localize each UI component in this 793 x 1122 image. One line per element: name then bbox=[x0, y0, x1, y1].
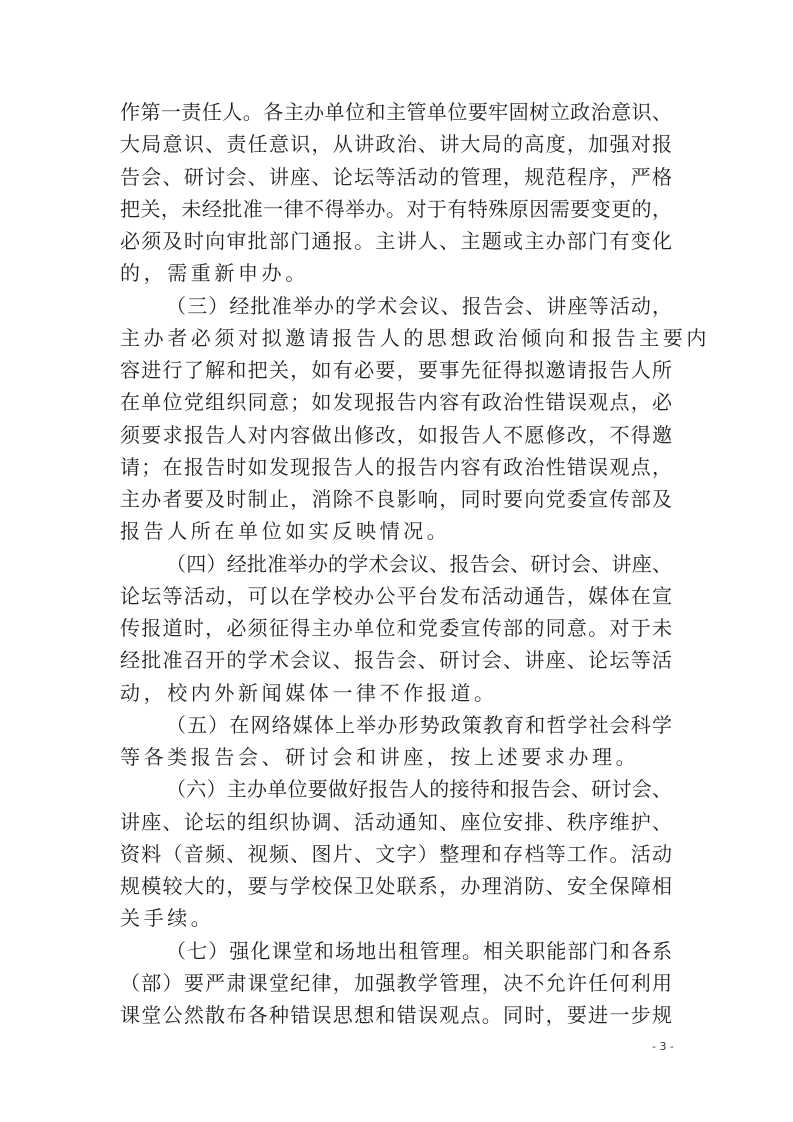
paragraph-first-line: （六）主办单位要做好报告人的接待和报告会、研讨会、 bbox=[166, 775, 672, 803]
text-line: 讲座、论坛的组织协调、活动通知、座位安排、秩序维护、 bbox=[120, 808, 672, 836]
text-line: 经批准召开的学术会议、报告会、研讨会、讲座、论坛等活 bbox=[120, 646, 672, 674]
text-line: 大局意识、责任意识，从讲政治、讲大局的高度，加强对报 bbox=[120, 130, 672, 158]
text-line: 传报道时，必须征得主办单位和党委宣传部的同意。对于未 bbox=[120, 614, 672, 642]
text-line: 报告人所在单位如实反映情况。 bbox=[120, 517, 672, 545]
text-line: 等各类报告会、研讨会和讲座，按上述要求办理。 bbox=[120, 743, 672, 771]
paragraph-first-line: （五）在网络媒体上举办形势政策教育和哲学社会科学 bbox=[166, 711, 672, 739]
text-line: 作第一责任人。各主办单位和主管单位要牢固树立政治意识、 bbox=[120, 98, 672, 126]
text-line: 的，需重新申办。 bbox=[120, 259, 672, 287]
text-line: 课堂公然散布各种错误思想和错误观点。同时，要进一步规 bbox=[120, 1001, 672, 1029]
text-line: 把关，未经批准一律不得举办。对于有特殊原因需要变更的， bbox=[120, 195, 672, 223]
text-line: 在单位党组织同意；如发现报告内容有政治性错误观点，必 bbox=[120, 388, 672, 416]
text-line: 须要求报告人对内容做出修改，如报告人不愿修改，不得邀 bbox=[120, 421, 672, 449]
paragraph-first-line: （三）经批准举办的学术会议、报告会、讲座等活动， bbox=[166, 292, 672, 320]
text-line: 规模较大的，要与学校保卫处联系，办理消防、安全保障相 bbox=[120, 872, 672, 900]
text-line: 关手续。 bbox=[120, 904, 672, 932]
text-line: 必须及时向审批部门通报。主讲人、主题或主办部门有变化 bbox=[120, 227, 672, 255]
text-line: 主办者要及时制止，消除不良影响，同时要向党委宣传部及 bbox=[120, 485, 672, 513]
text-line: 容进行了解和把关，如有必要，要事先征得拟邀请报告人所 bbox=[120, 356, 672, 384]
text-line: 动，校内外新闻媒体一律不作报道。 bbox=[120, 679, 672, 707]
text-line: 资料（音频、视频、图片、文字）整理和存档等工作。活动 bbox=[120, 840, 672, 868]
page-number: - 3 - bbox=[648, 1040, 678, 1053]
text-line: 请；在报告时如发现报告人的报告内容有政治性错误观点， bbox=[120, 453, 672, 481]
paragraph-first-line: （七）强化课堂和场地出租管理。相关职能部门和各系 bbox=[166, 937, 672, 965]
text-line: 告会、研讨会、讲座、论坛等活动的管理，规范程序，严格 bbox=[120, 163, 672, 191]
text-line: 论坛等活动，可以在学校办公平台发布活动通告，媒体在宣 bbox=[120, 582, 672, 610]
document-page: 作第一责任人。各主办单位和主管单位要牢固树立政治意识、大局意识、责任意识，从讲政… bbox=[0, 0, 793, 1122]
text-line: 主办者必须对拟邀请报告人的思想政治倾向和报告主要内 bbox=[120, 324, 672, 352]
paragraph-first-line: （四）经批准举办的学术会议、报告会、研讨会、讲座、 bbox=[166, 550, 672, 578]
text-line: （部）要严肃课堂纪律，加强教学管理，决不允许任何利用 bbox=[120, 969, 672, 997]
